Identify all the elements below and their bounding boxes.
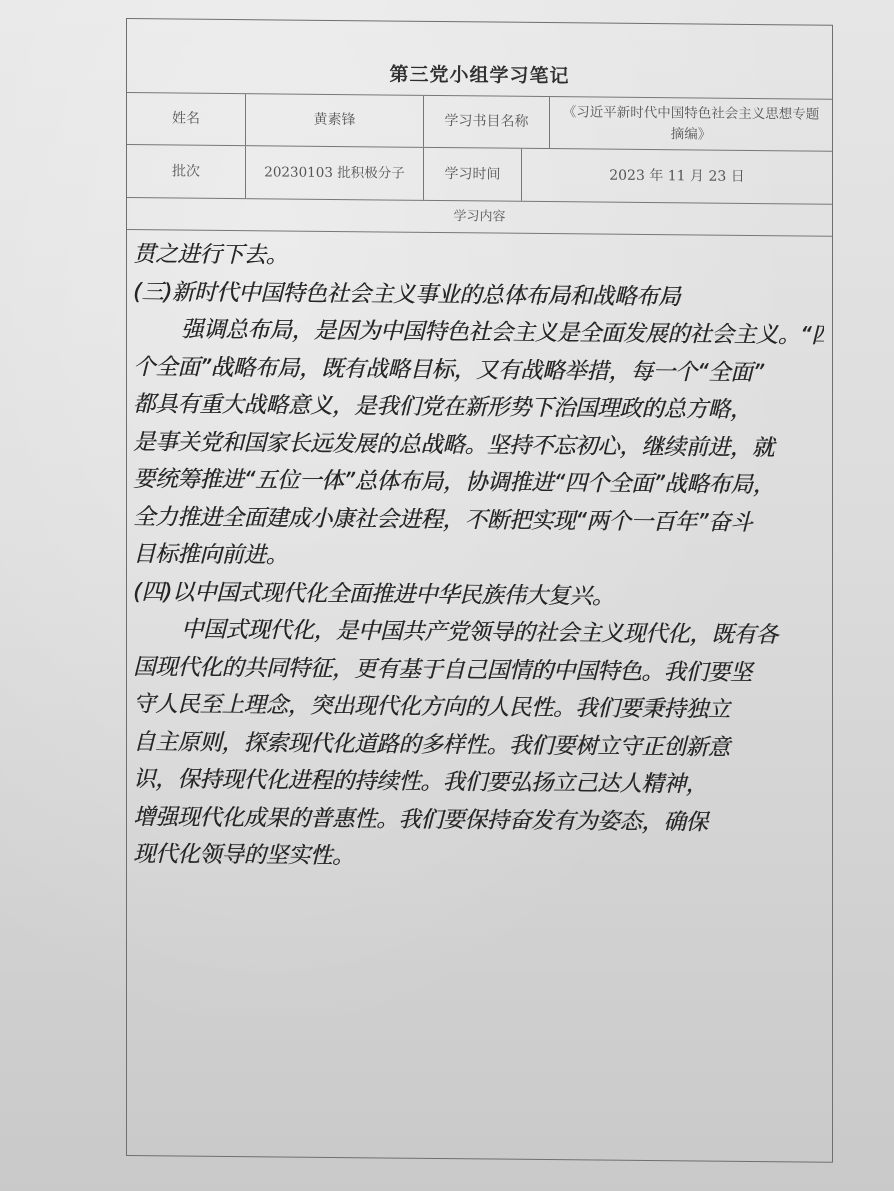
- content-line: 都具有重大战略意义，是我们党在新形势下治国理政的总方略，: [133, 386, 824, 430]
- content-line: 守人民至上理念，突出现代化方向的人民性。我们要秉持独立: [133, 686, 824, 730]
- name-label: 姓名: [127, 93, 245, 145]
- time-label: 学习时间: [423, 148, 521, 201]
- content-line: 目标推向前进。: [133, 536, 824, 580]
- title-row: 第三党小组学习笔记: [127, 19, 832, 100]
- document-title: 第三党小组学习笔记: [389, 27, 569, 91]
- content-line: 强调总布局，是因为中国特色社会主义是全面发展的社会主义。“四: [133, 311, 824, 355]
- time-value: 2023 年 11 月 23 日: [521, 149, 832, 204]
- name-value: 黄素锋: [245, 94, 423, 147]
- info-row-batch: 批次 20230103 批积极分子 学习时间 2023 年 11 月 23 日: [127, 145, 832, 205]
- content-line: 贯之进行下去。: [133, 236, 824, 280]
- study-notes-form: 第三党小组学习笔记 姓名 黄素锋 学习书目名称 《习近平新时代中国特色社会主义思…: [126, 18, 833, 1163]
- content-line: 识，保持现代化进程的持续性。我们要弘扬立己达人精神，: [133, 761, 824, 805]
- book-value: 《习近平新时代中国特色社会主义思想专题摘编》: [549, 97, 832, 151]
- info-row-name: 姓名 黄素锋 学习书目名称 《习近平新时代中国特色社会主义思想专题摘编》: [127, 93, 832, 152]
- book-label: 学习书目名称: [423, 96, 549, 148]
- content-line: 现代化领导的坚实性。: [133, 836, 824, 880]
- batch-value: 20230103 批积极分子: [245, 146, 423, 200]
- title-cell: 第三党小组学习笔记: [127, 19, 832, 99]
- batch-label: 批次: [127, 145, 245, 198]
- handwritten-content: 贯之进行下去。 (三)新时代中国特色社会主义事业的总体布局和战略布局 强调总布局…: [127, 230, 832, 880]
- content-line: 要统筹推进“五位一体”总体布局，协调推进“四个全面”战略布局，: [133, 461, 824, 505]
- content-line: 中国式现代化，是中国共产党领导的社会主义现代化，既有各: [133, 611, 824, 655]
